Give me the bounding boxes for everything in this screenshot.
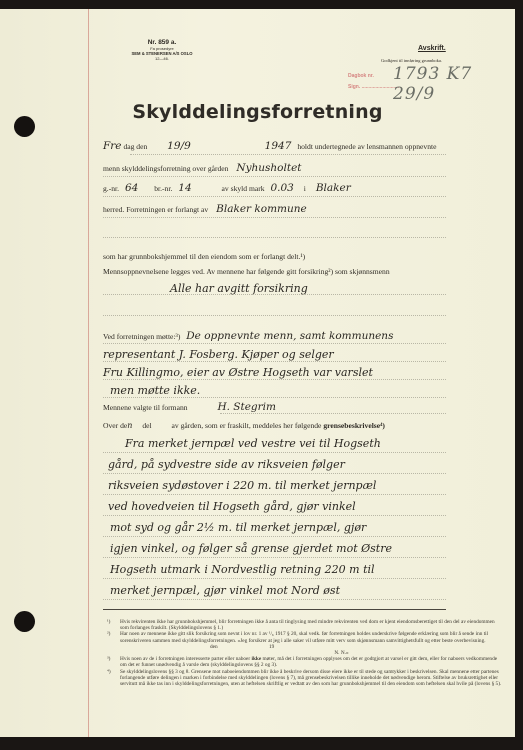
grunnbok-text: som har grunnbokshjemmel til den eiendom… bbox=[103, 252, 440, 261]
footnote-1: ¹) Hvis rekvirenten ikke har grunnbokshj… bbox=[103, 619, 503, 631]
rule bbox=[103, 578, 446, 579]
brnr-label: br.-nr. bbox=[154, 184, 172, 193]
footnote-3: ³) Hvis noen av de i forretningen intere… bbox=[103, 656, 503, 668]
i-label: i bbox=[304, 184, 306, 193]
footnote-den: den bbox=[210, 644, 218, 650]
footnote-mark: ³) bbox=[107, 656, 110, 662]
date-handwritten: 19/9 bbox=[167, 140, 191, 152]
rule bbox=[103, 494, 446, 495]
attendance-handwritten-2: representant J. Fosberg. Kjøper og selge… bbox=[103, 348, 334, 361]
farm-name-handwritten: Nyhusholtet bbox=[236, 162, 301, 174]
mennsoppnevnelse-text: Mennsoppnevnelsene legges ved. Av mennen… bbox=[103, 267, 440, 276]
gnr-handwritten: 64 bbox=[125, 182, 138, 194]
footnote-text: Har noen av mennene ikke gitt slik forsi… bbox=[120, 631, 488, 643]
rule bbox=[103, 294, 446, 295]
rule bbox=[103, 237, 446, 238]
boundary-handwritten-5: mot syd og går 2½ m. til merket jernpæl,… bbox=[110, 521, 366, 534]
attendance-handwritten-4: men møtte ikke. bbox=[110, 384, 200, 397]
over-label: Over de bbox=[103, 421, 127, 430]
requested-by-handwritten: Blaker kommune bbox=[216, 203, 307, 215]
year-handwritten: 1947 bbox=[265, 140, 292, 152]
dag-den-label: dag den bbox=[123, 142, 147, 151]
property-line: g.-nr. 64 br.-nr. 14 av skyld mark 0.03 … bbox=[103, 182, 440, 194]
form-printer-info: Nr. 859 a. Fa prosedyre SEM & STENERSEN … bbox=[112, 39, 212, 61]
footnote-mark: ¹) bbox=[107, 619, 110, 625]
avskrift-label: Avskrift. bbox=[418, 45, 446, 52]
weekday-handwritten: Fre bbox=[103, 140, 122, 152]
rule bbox=[103, 397, 446, 398]
boundary-handwritten-3: riksveien sydøstover i 220 m. til merket… bbox=[108, 479, 376, 492]
footnote-mark: ⁴) bbox=[107, 669, 111, 675]
boundary-handwritten-2: gård, på sydvestre side av riksveien føl… bbox=[108, 458, 345, 471]
mote-label: Ved forretningen møtte:³) bbox=[103, 332, 180, 341]
skyld-handwritten: 0.03 bbox=[270, 182, 293, 194]
boundary-handwritten-6: igjen vinkel, og følger så grense gjerde… bbox=[110, 542, 392, 555]
footnote-year: 19 bbox=[269, 644, 274, 650]
rule bbox=[103, 315, 446, 316]
registry-number-handwritten: 1793 K7 29/9 bbox=[393, 64, 515, 104]
rule bbox=[103, 176, 446, 177]
godkjent-text: Godkjent til innføring grunnboka. bbox=[381, 58, 442, 63]
registry-stamp-line1: Dagbok nr. bbox=[348, 73, 374, 79]
boundary-handwritten-1: Fra merket jernpæl ved vestre vei til Ho… bbox=[125, 437, 381, 450]
rule bbox=[103, 379, 446, 380]
boundary-intro-line: Over den del av gården, som er fraskilt,… bbox=[103, 421, 440, 430]
footnotes: ¹) Hvis rekvirenten ikke har grunnbokshj… bbox=[103, 619, 503, 687]
punch-hole-bottom bbox=[14, 611, 35, 632]
formann-label: Mennene valgte til formann bbox=[103, 403, 188, 412]
brnr-handwritten: 14 bbox=[178, 182, 191, 194]
attendance-handwritten-3: Fru Killingmo, eier av Østre Hogseth var… bbox=[103, 366, 373, 379]
requested-by-line: herred. Forretningen er forlangt av Blak… bbox=[103, 203, 440, 215]
municipality-handwritten: Blaker bbox=[316, 182, 351, 194]
date-line: Fre dag den 19/9 1947 holdt undertegnede… bbox=[103, 140, 440, 152]
rule bbox=[220, 413, 446, 414]
rule bbox=[103, 361, 446, 362]
footnote-2: ²) Har noen av mennene ikke gitt slik fo… bbox=[103, 631, 503, 656]
printer-date: 12—46. bbox=[112, 56, 212, 61]
del-label: del bbox=[142, 421, 151, 430]
rule bbox=[103, 343, 446, 344]
attendance-handwritten-1: De oppnevnte menn, samt kommunens bbox=[186, 330, 393, 342]
boundary-handwritten-7: Hogseth utmark i Nordvestlig retning 220… bbox=[110, 563, 375, 576]
footnote-text: Se skylddelingslovens §§ 3 og 8. Grensen… bbox=[120, 669, 501, 687]
skyld-label: av skyld mark bbox=[222, 184, 265, 193]
rule bbox=[103, 515, 446, 516]
garden-text: av gården, som er fraskilt, meddeles her… bbox=[172, 421, 322, 430]
rule bbox=[103, 452, 446, 453]
rule bbox=[103, 473, 446, 474]
held-text: holdt undertegnede av lensmannen oppnevn… bbox=[297, 142, 436, 151]
rule bbox=[130, 154, 446, 155]
form-number: Nr. 859 a. bbox=[112, 39, 212, 46]
grensebeskrivelse-label: grensebeskrivelse⁴) bbox=[323, 421, 385, 430]
rule bbox=[103, 557, 446, 558]
document-page: Nr. 859 a. Fa prosedyre SEM & STENERSEN … bbox=[0, 9, 515, 737]
footnote-text: Hvis rekvirenten ikke har grunnbokshjemm… bbox=[120, 619, 495, 631]
end-rule bbox=[103, 609, 446, 610]
rule bbox=[103, 536, 446, 537]
footnote-4: ⁴) Se skylddelingslovens §§ 3 og 8. Gren… bbox=[103, 669, 503, 688]
rule bbox=[103, 196, 446, 197]
footnote-mark: ²) bbox=[107, 631, 110, 637]
document-title: Skylddelingsforretning bbox=[0, 101, 515, 123]
menn-label: menn skylddelingsforretning over gården bbox=[103, 164, 228, 173]
rule bbox=[103, 599, 446, 600]
chairman-handwritten: H. Stegrim bbox=[217, 401, 276, 413]
herred-label: herred. Forretningen er forlangt av bbox=[103, 205, 208, 214]
over-handwritten: n bbox=[127, 421, 132, 430]
chairman-line: Mennene valgte til formann H. Stegrim bbox=[103, 401, 440, 413]
boundary-handwritten-8: merket jernpæl, gjør vinkel mot Nord øst bbox=[110, 584, 340, 597]
registry-stamp-line2: Sign. ........................... bbox=[348, 84, 399, 90]
attendance-line: Ved forretningen møtte:³) De oppnevnte m… bbox=[103, 330, 440, 342]
gnr-label: g.-nr. bbox=[103, 184, 119, 193]
farm-line: menn skylddelingsforretning over gården … bbox=[103, 162, 440, 174]
rule bbox=[103, 217, 446, 218]
boundary-handwritten-4: ved hovedveien til Hogseth gård, gjør vi… bbox=[108, 500, 356, 513]
